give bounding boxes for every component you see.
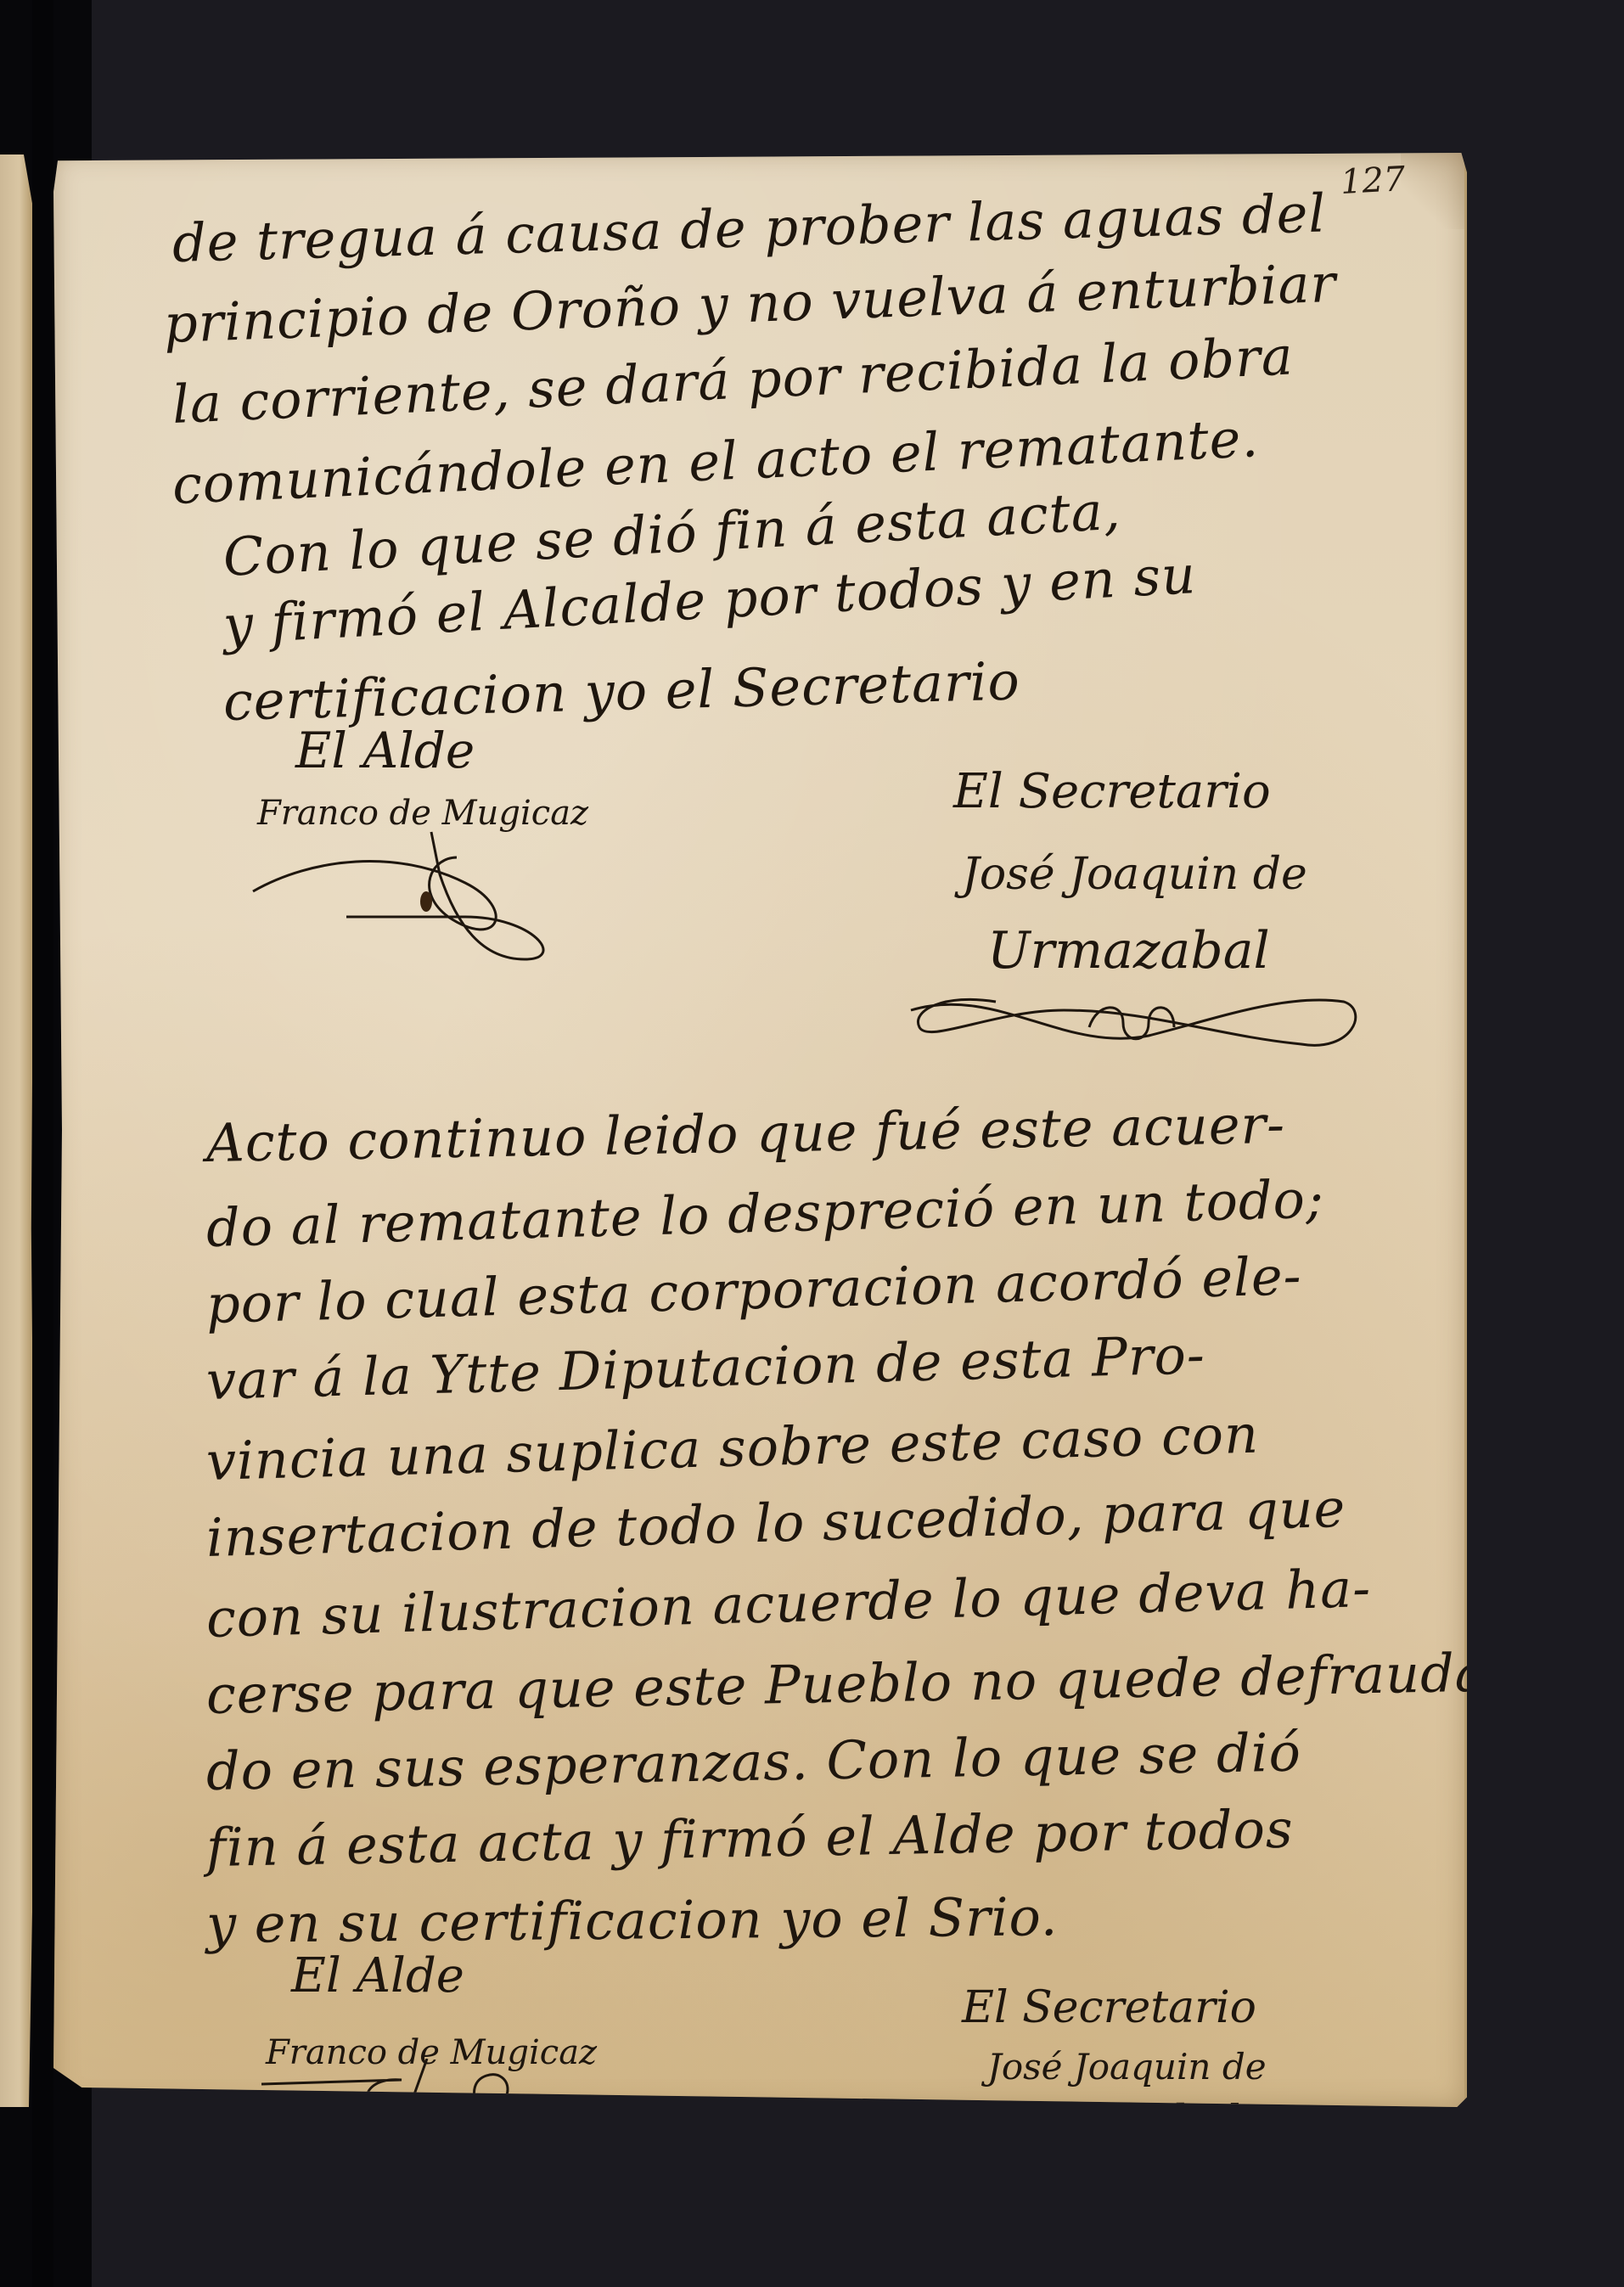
act-two-line: y en su certificacion yo el Srio. [206,1885,1059,1955]
secretario-signature-line2: Urmazabal [987,921,1270,981]
act-two-line: fin á esta acta y firmó el Alde por todo… [205,1798,1294,1879]
act-two-line: insertacion de todo lo sucedido, para qu… [205,1477,1346,1569]
secretario-signature-2-line2: Urmazabal [996,2097,1240,2148]
secretario-rubric [894,976,1369,1070]
act-two-line: var á la Ytte Diputacion de esta Pro- [205,1323,1206,1412]
secretario-signature-line1: José Joaquin de [962,849,1307,900]
alcalde-rubric-2 [257,2059,546,2135]
folio-number: 127 [1339,160,1406,202]
act-two-line: do en sus esperanzas. Con lo que se dió [205,1721,1301,1802]
act-two-line: por lo cual esta corporacion acordó ele- [205,1245,1302,1335]
secretario-title: El Secretario [953,764,1271,819]
book-gutter [32,0,53,2287]
act-two-line: cerse para que este Pueblo no quede defr… [205,1642,1487,1726]
secretario-signature-2-line1: José Joaquin de [987,2046,1267,2088]
act-one-line: certificacion yo el Secretario [222,649,1021,733]
ink-blot [420,891,432,912]
act-two-line: Acto continuo leido que fué este acuer- [205,1093,1285,1174]
alcalde-title: El Alde [295,722,475,779]
secretario-title-2: El Secretario [962,1982,1256,2033]
alcalde-title-2: El Alde [291,1948,464,2003]
manuscript-page: 127 de tregua á causa de prober las agua… [53,153,1467,2107]
act-two-line: do al rematante lo despreció en un todo; [205,1168,1325,1259]
act-two-line: vincia una suplica sobre este caso con [205,1403,1260,1492]
previous-page-edge [0,155,34,2107]
secretario-rubric-2 [911,2131,1344,2233]
corner-fold [1401,153,1464,229]
act-two-line: con su ilustracion acuerde lo que deva h… [205,1557,1372,1649]
